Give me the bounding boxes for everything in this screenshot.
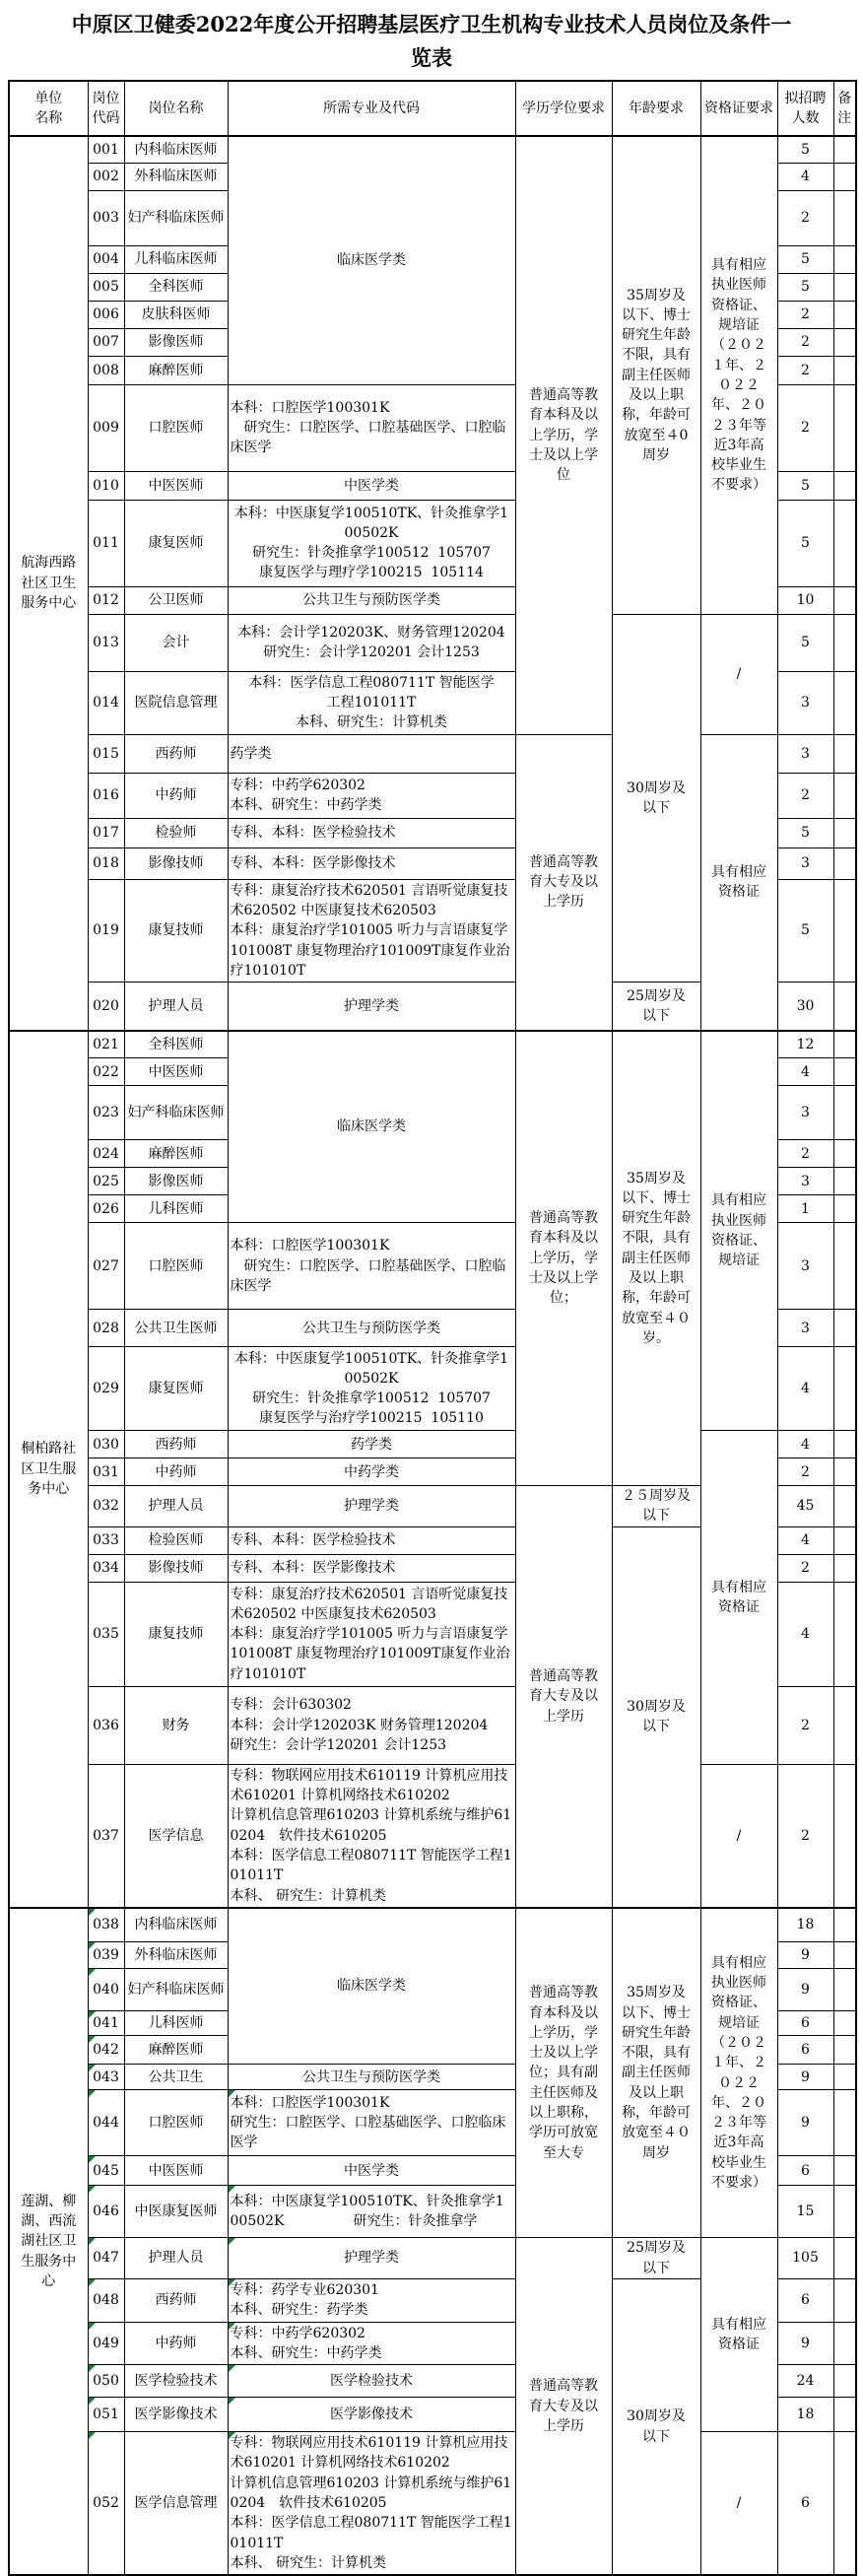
qualification-cell: 具有相应资格证 [700,734,777,1030]
job-code-text: 044 [93,2115,119,2131]
job-code-cell: 037 [88,1764,124,1908]
headcount-text: 15 [797,2203,815,2219]
document-page: 中原区卫健委2022年度公开招聘基层医疗卫生机构专业技术人员岗位及条件一览表 单… [0,0,863,2576]
headcount-cell: 12 [777,1031,833,1058]
job-code-cell: 011 [88,500,124,586]
headcount-cell: 3 [777,1168,833,1195]
headcount-cell: 4 [777,163,833,190]
job-name-cell: 儿科医师 [124,1195,228,1223]
job-name-cell: 影像技师 [124,847,228,879]
job-name-cell: 中医医师 [124,471,228,500]
job-code-text: 016 [93,787,119,803]
job-name-text: 康复技师 [149,1626,204,1642]
headcount-cell: 18 [777,1908,833,1942]
major-cell: 护理学类 [228,983,515,1031]
job-name-text: 内科临床医师 [135,1917,218,1932]
job-name-text: 中医医师 [149,478,204,494]
headcount-text: 3 [801,1321,810,1336]
age-cell-text: 35周岁及以下、博士研究生年龄不限，具有副主任医师及以上职称，年龄可放宽至４0周… [622,288,691,463]
job-name-cell: 西药师 [124,1431,228,1458]
job-code-cell: 052 [88,2432,124,2576]
headcount-cell: 2 [777,328,833,356]
error-flag-icon [229,2432,235,2439]
job-name-cell: 检验师 [124,818,228,847]
job-name-cell: 内科临床医师 [124,136,228,163]
headcount-text: 2 [801,210,810,226]
job-name-text: 财务 [163,1718,190,1733]
qualification-cell-text: 具有相应资格证 [711,864,766,900]
job-name-text: 皮肤科医师 [142,306,211,322]
major-text: 专科：药学专业620301 本科、研究生：药学类 [231,2282,379,2318]
table-row: 013会计本科：会计学120203K、财务管理120204 研究生：会计学120… [9,614,856,671]
qualification-cell: / [700,1764,777,1908]
age-cell: ２５周岁及以下 [612,1486,700,1527]
job-code-cell: 024 [88,1140,124,1168]
job-name-text: 检验医师 [149,1532,204,1548]
job-name-text: 中药师 [156,787,197,803]
job-code-cell: 006 [88,301,124,328]
job-code-text: 006 [93,306,119,322]
education-cell: 普通高等教育大专及以上学历 [515,1486,612,1908]
remark-cell [833,2036,856,2065]
job-code-text: 049 [93,2336,119,2351]
job-code-cell: 050 [88,2365,124,2398]
job-name-text: 全科医师 [149,279,204,295]
headcount-text: 2 [801,1146,810,1162]
major-text: 专科、本科：医学检验技术 [231,1532,396,1548]
major-text: 临床医学类 [337,1978,406,1994]
age-cell: 30周岁及以下 [612,1526,700,1908]
error-flag-icon [89,2156,96,2163]
major-text: 本科：中医康复学100510TK、针灸推拿学100502K 研究生：针灸推拿学1… [234,1351,508,1427]
job-code-cell: 032 [88,1486,124,1527]
job-code-cell: 005 [88,273,124,301]
headcount-cell: 5 [777,273,833,301]
job-code-text: 007 [93,334,119,350]
job-name-cell: 中药师 [124,773,228,818]
major-cell: 中药学类 [228,1458,515,1486]
age-cell: 25周岁及以下 [612,2238,700,2279]
error-flag-icon [89,2365,96,2372]
error-flag-icon [89,2238,96,2245]
qualification-cell-text: 具有相应资格证 [711,2317,766,2352]
job-name-text: 公共卫生 [149,2069,204,2085]
headcount-text: 105 [792,2250,819,2266]
headcount-cell: 4 [777,1347,833,1431]
job-name-cell: 影像医师 [124,328,228,356]
job-name-text: 麻醉医师 [149,363,204,378]
remark-cell [833,356,856,384]
job-code-cell: 010 [88,471,124,500]
major-cell: 本科：中医康复学100510TK、针灸推拿学100502K 研究生：针灸推拿学1… [228,500,515,586]
headcount-text: 9 [801,1982,810,1998]
headcount-text: 2 [801,1828,810,1844]
job-code-cell: 051 [88,2398,124,2432]
table-row: 052医学信息管理专科：物联网应用技术610119 计算机应用技术610201 … [9,2432,856,2576]
remark-cell [833,2398,856,2432]
headcount-cell: 2 [777,356,833,384]
job-code-cell: 040 [88,1969,124,2011]
remark-cell [833,2065,856,2090]
headcount-cell: 2 [777,1458,833,1486]
job-name-text: 内科临床医师 [135,142,218,158]
job-name-cell: 影像技师 [124,1554,228,1582]
age-cell-text: 30周岁及以下 [627,2408,686,2444]
education-cell: 普通高等教育本科及以上学历，学士及以上学位 [515,136,612,734]
job-name-cell: 西药师 [124,734,228,773]
job-code-text: 029 [93,1381,119,1396]
error-flag-icon [89,2323,96,2330]
job-code-text: 014 [93,695,119,711]
job-code-text: 030 [93,1437,119,1453]
table-row: 莲湖、柳湖、西流湖社区卫生服务中心038内科临床医师临床医学类普通高等教育本科及… [9,1908,856,1942]
job-name-cell: 检验医师 [124,1526,228,1554]
qualification-cell: 具有相应执业医师资格证、规培证（２０２１年、２０２２年、２０２３年等近3年高校毕… [700,136,777,614]
error-flag-icon [229,2279,235,2286]
job-name-text: 麻醉医师 [149,2042,204,2058]
remark-cell [833,500,856,586]
job-code-cell: 035 [88,1582,124,1686]
major-cell: 专科：康复治疗技术620501 言语听觉康复技术620502 中医康复技术620… [228,1582,515,1686]
remark-cell [833,586,856,614]
column-header-qualification: 资格证要求 [700,81,777,136]
qualification-cell-text: / [737,666,742,682]
column-header-age: 年龄要求 [612,81,700,136]
headcount-text: 2 [801,1464,810,1480]
headcount-cell: 24 [777,2365,833,2398]
job-code-text: 046 [93,2203,119,2219]
remark-cell [833,614,856,671]
headcount-text: 5 [801,535,810,551]
job-code-text: 047 [93,2250,119,2266]
job-name-cell: 中药师 [124,1458,228,1486]
remark-cell [833,1764,856,1908]
remark-cell [833,1942,856,1969]
headcount-cell: 2 [777,1764,833,1908]
job-name-text: 妇产科临床医师 [128,1982,225,1998]
remark-cell [833,1582,856,1686]
job-code-text: 035 [93,1626,119,1642]
job-code-text: 041 [93,2015,119,2031]
job-code-text: 040 [93,1982,119,1998]
job-code-cell: 042 [88,2036,124,2065]
job-code-cell: 039 [88,1942,124,1969]
qualification-cell-text: 具有相应执业医师资格证、规培证 [711,1192,766,1268]
age-cell: 30周岁及以下 [612,2278,700,2575]
job-code-cell: 030 [88,1431,124,1458]
headcount-cell: 4 [777,1058,833,1086]
job-name-cell: 财务 [124,1686,228,1764]
headcount-text: 3 [801,1174,810,1189]
job-name-cell: 医院信息管理 [124,671,228,734]
headcount-text: 2 [801,363,810,378]
major-text: 专科：物联网应用技术610119 计算机应用技术610201 计算机网络技术61… [231,1768,512,1904]
job-code-cell: 009 [88,384,124,471]
major-cell: 本科：口腔医学100301K 研究生：口腔医学、口腔基础医学、口腔临床医学 [228,2090,515,2156]
job-code-text: 013 [93,635,119,650]
job-name-text: 会计 [163,635,190,650]
error-flag-icon [229,2090,235,2097]
job-code-text: 004 [93,251,119,267]
major-text: 公共卫生与预防医学类 [302,1321,440,1336]
job-name-text: 中医医师 [149,1064,204,1080]
headcount-text: 1 [801,1201,810,1217]
job-name-text: 护理人员 [149,2250,204,2266]
job-name-cell: 外科临床医师 [124,163,228,190]
qualification-cell-text: 具有相应执业医师资格证、规培证（２０２１年、２０２２年、２０２３年等近3年高校毕… [711,1955,766,2191]
job-code-cell: 013 [88,614,124,671]
job-code-cell: 012 [88,586,124,614]
job-name-text: 影像医师 [149,334,204,350]
job-code-cell: 044 [88,2090,124,2156]
major-cell: 专科：会计630302 本科：会计学120203K 财务管理120204 研究生… [228,1686,515,1764]
job-code-cell: 002 [88,163,124,190]
headcount-cell: 9 [777,1942,833,1969]
major-cell: 中医学类 [228,471,515,500]
job-name-text: 西药师 [156,2292,197,2308]
headcount-cell: 9 [777,1969,833,2011]
table-row: 037医学信息专科：物联网应用技术610119 计算机应用技术610201 计算… [9,1764,856,1908]
job-name-text: 儿科临床医师 [135,251,218,267]
major-cell: 护理学类 [228,2238,515,2279]
job-name-cell: 内科临床医师 [124,1908,228,1942]
table-row: 航海西路社区卫生服务中心001内科临床医师临床医学类普通高等教育本科及以上学历，… [9,136,856,163]
remark-cell [833,1168,856,1195]
job-code-text: 051 [93,2407,119,2422]
major-text: 本科：口腔医学100301K 研究生：口腔医学、口腔基础医学、口腔临床医学 [231,400,506,456]
age-cell-text: 25周岁及以下 [627,2240,686,2275]
headcount-cell: 1 [777,1195,833,1223]
qualification-cell: 具有相应资格证 [700,2238,777,2432]
headcount-text: 6 [801,2015,810,2031]
job-code-cell: 036 [88,1686,124,1764]
remark-cell [833,1347,856,1431]
major-cell: 专科、本科：医学影像技术 [228,1554,515,1582]
positions-table: 单位名称 岗位代码 岗位名称 所需专业及代码 学历学位要求 年龄要求 资格证要求… [8,80,857,2576]
qualification-cell: / [700,2432,777,2576]
job-name-text: 妇产科临床医师 [128,210,225,226]
table-header: 单位名称 岗位代码 岗位名称 所需专业及代码 学历学位要求 年龄要求 资格证要求… [9,81,856,136]
remark-cell [833,190,856,245]
job-name-cell: 皮肤科医师 [124,301,228,328]
job-code-cell: 008 [88,356,124,384]
remark-cell [833,879,856,982]
job-name-cell: 妇产科临床医师 [124,1969,228,2011]
remark-cell [833,328,856,356]
table-row: 桐柏路社区卫生服务中心021全科医师临床医学类普通高等教育本科及以上学历，学士及… [9,1031,856,1058]
major-cell: 本科：会计学120203K、财务管理120204 研究生：会计学120201 会… [228,614,515,671]
headcount-text: 3 [801,1105,810,1120]
job-name-cell: 西药师 [124,2278,228,2322]
error-flag-icon [229,2323,235,2330]
job-code-cell: 020 [88,983,124,1031]
job-name-cell: 康复医师 [124,1347,228,1431]
major-text: 专科、本科：医学影像技术 [231,1560,396,1576]
qualification-cell-text: / [737,1828,742,1844]
headcount-text: 5 [801,142,810,158]
major-cell: 公共卫生与预防医学类 [228,2065,515,2090]
unit-name-cell: 莲湖、柳湖、西流湖社区卫生服务中心 [9,1908,88,2575]
job-code-text: 025 [93,1174,119,1189]
job-code-text: 017 [93,825,119,841]
job-name-text: 中医医师 [149,2163,204,2179]
unit-name-cell: 航海西路社区卫生服务中心 [9,136,88,1030]
remark-cell [833,734,856,773]
job-name-text: 全科医师 [149,1037,204,1052]
job-name-cell: 护理人员 [124,1486,228,1527]
job-name-text: 口腔医师 [149,1258,204,1274]
job-name-text: 儿科医师 [149,2015,204,2031]
table-row: 015西药师药学类普通高等教育大专及以上学历具有相应资格证3 [9,734,856,773]
job-code-text: 001 [93,142,119,158]
page-title: 中原区卫健委2022年度公开招聘基层医疗卫生机构专业技术人员岗位及条件一览表 [63,0,800,80]
education-cell-text: 普通高等教育本科及以上学历，学士及以上学位；具有副主任医师及以上职称，学历可放宽… [529,1985,598,2160]
headcount-cell: 2 [777,190,833,245]
job-name-text: 妇产科临床医师 [128,1105,225,1120]
job-name-text: 西药师 [156,746,197,762]
job-code-text: 028 [93,1321,119,1336]
job-code-text: 015 [93,746,119,762]
major-cell: 药学类 [228,734,515,773]
headcount-cell: 2 [777,384,833,471]
major-text: 专科：康复治疗技术620501 言语听觉康复技术620502 中医康复技术620… [231,883,510,979]
remark-cell [833,2238,856,2279]
job-name-cell: 儿科临床医师 [124,245,228,273]
headcount-cell: 5 [777,879,833,982]
job-name-cell: 康复技师 [124,879,228,982]
job-code-cell: 019 [88,879,124,982]
major-text: 专科：康复治疗技术620501 言语听觉康复技术620502 中医康复技术620… [231,1587,510,1682]
qualification-cell: 具有相应资格证 [700,1431,777,1765]
major-text: 公共卫生与预防医学类 [302,2069,440,2085]
qualification-cell: 具有相应执业医师资格证、规培证 [700,1031,777,1431]
job-code-text: 036 [93,1718,119,1733]
job-code-cell: 026 [88,1195,124,1223]
error-flag-icon [89,2065,96,2071]
headcount-text: 4 [801,1626,810,1642]
job-code-text: 020 [93,998,119,1014]
major-cell: 本科：中医康复学100510TK、针灸推拿学100502K 研究生：针灸推拿学1… [228,1347,515,1431]
education-cell: 普通高等教育本科及以上学历，学士及以上学位；具有副主任医师及以上职称，学历可放宽… [515,1908,612,2238]
job-name-cell: 公共卫生医师 [124,1310,228,1347]
remark-cell [833,301,856,328]
job-code-cell: 033 [88,1526,124,1554]
major-text: 专科、本科：医学影像技术 [231,855,396,871]
major-cell: 专科、本科：医学检验技术 [228,1526,515,1554]
job-name-cell: 口腔医师 [124,1223,228,1310]
headcount-text: 9 [801,2336,810,2351]
job-name-text: 影像技师 [149,855,204,871]
section-001: 航海西路社区卫生服务中心001内科临床医师临床医学类普通高等教育本科及以上学历，… [9,136,856,1030]
education-cell-text: 普通高等教育大专及以上学历 [529,2378,598,2434]
headcount-cell: 5 [777,136,833,163]
job-code-cell: 049 [88,2322,124,2365]
job-code-cell: 003 [88,190,124,245]
age-cell: 25周岁及以下 [612,983,700,1031]
qualification-cell-text: 具有相应资格证 [711,1580,766,1615]
job-name-text: 康复医师 [149,1381,204,1396]
major-cell: 专科、本科：医学检验技术 [228,818,515,847]
headcount-text: 2 [801,787,810,803]
headcount-text: 2 [801,306,810,322]
remark-cell [833,2365,856,2398]
error-flag-icon [229,2186,235,2193]
headcount-text: 4 [801,1532,810,1548]
job-name-cell: 康复医师 [124,500,228,586]
education-cell-text: 普通高等教育本科及以上学历，学士及以上学位； [529,1210,598,1306]
education-cell-text: 普通高等教育大专及以上学历 [529,854,598,911]
job-name-text: 口腔医师 [149,2115,204,2131]
job-code-text: 019 [93,922,119,938]
job-code-text: 002 [93,169,119,184]
headcount-text: 24 [797,2373,815,2389]
major-cell: 公共卫生与预防医学类 [228,1310,515,1347]
error-flag-icon [229,2238,235,2245]
remark-cell [833,1223,856,1310]
headcount-cell: 3 [777,671,833,734]
job-code-text: 023 [93,1105,119,1120]
major-cell: 本科：口腔医学100301K 研究生：口腔医学、口腔基础医学、口腔临床医学 [228,1223,515,1310]
column-header-education: 学历学位要求 [515,81,612,136]
major-cell: 专科：物联网应用技术610119 计算机应用技术610201 计算机网络技术61… [228,1764,515,1908]
headcount-cell: 4 [777,1431,833,1458]
job-code-text: 050 [93,2373,119,2389]
headcount-cell: 6 [777,2156,833,2186]
major-cell: 临床医学类 [228,1031,515,1223]
job-code-cell: 038 [88,1908,124,1942]
education-cell: 普通高等教育大专及以上学历 [515,734,612,1030]
table-row: 030西药师药学类具有相应资格证4 [9,1431,856,1458]
job-name-cell: 口腔医师 [124,384,228,471]
remark-cell [833,1310,856,1347]
job-name-text: 影像医师 [149,1174,204,1189]
job-name-text: 外科临床医师 [135,169,218,184]
major-text: 医学检验技术 [330,2373,413,2389]
education-cell: 普通高等教育本科及以上学历，学士及以上学位； [515,1031,612,1486]
column-header-name: 岗位名称 [124,81,228,136]
unit-name-text: 航海西路社区卫生服务中心 [21,555,76,611]
major-text: 本科：会计学120203K、财务管理120204 研究生：会计学120201 会… [237,625,504,660]
job-code-text: 003 [93,210,119,226]
remark-cell [833,2278,856,2322]
job-name-text: 康复医师 [149,535,204,551]
headcount-text: 2 [801,420,810,436]
job-code-cell: 048 [88,2278,124,2322]
age-cell-text: ２５周岁及以下 [622,1488,691,1524]
error-flag-icon [89,2011,96,2018]
job-name-cell: 中医康复医师 [124,2186,228,2238]
job-code-cell: 031 [88,1458,124,1486]
headcount-text: 6 [801,2292,810,2308]
job-code-cell: 025 [88,1168,124,1195]
error-flag-icon [89,1942,96,1949]
remark-cell [833,1458,856,1486]
job-name-cell: 会计 [124,614,228,671]
job-name-cell: 外科临床医师 [124,1942,228,1969]
section-021: 桐柏路社区卫生服务中心021全科医师临床医学类普通高等教育本科及以上学历，学士及… [9,1031,856,1908]
headcount-text: 3 [801,695,810,711]
job-code-text: 022 [93,1064,119,1080]
job-name-cell: 医学检验技术 [124,2365,228,2398]
job-code-cell: 043 [88,2065,124,2090]
remark-cell [833,2432,856,2576]
unit-name-text: 莲湖、柳湖、西流湖社区卫生服务中心 [21,2194,76,2289]
job-name-cell: 医学信息管理 [124,2432,228,2576]
remark-cell [833,1086,856,1140]
headcount-cell: 6 [777,2278,833,2322]
major-cell: 专科、本科：医学影像技术 [228,847,515,879]
major-text: 本科：医学信息工程080711T 智能医学 工程101011T 本科、研究生：计… [248,675,494,731]
